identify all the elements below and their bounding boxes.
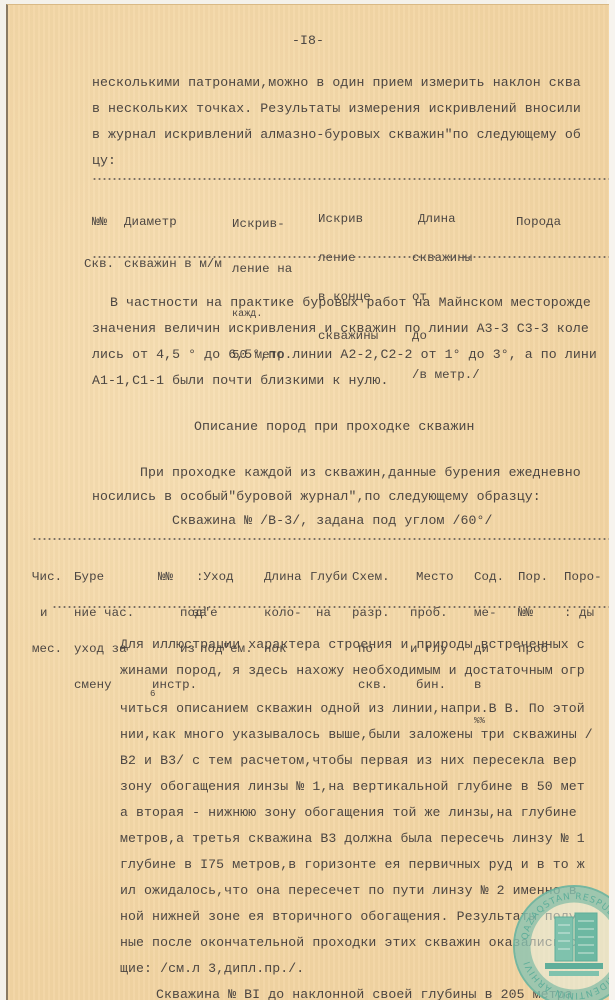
paragraph-line: В частности на практике буровых работ на… <box>110 295 591 310</box>
table1-top-rule <box>92 177 609 181</box>
header-line: Искрив <box>318 213 378 226</box>
table2-col: Чис. и мес. <box>32 547 77 679</box>
paragraph-line: носились в особый"буровой журнал",по сле… <box>92 489 541 504</box>
paragraph-line: В2 и В3/ с тем расчетом,чтобы первая из … <box>120 753 577 768</box>
table1-col-diameter: Диаметр скважин в м/м <box>124 187 222 299</box>
header-line: в <box>474 679 519 691</box>
sample-caption: Скважина № /В-3/, задана под углом /60°/ <box>172 513 493 528</box>
archive-building-icon: QAZAQSTAN RESPUBLIKASY PREZIDENTININ ARH… <box>515 887 609 1000</box>
header-line: Длина <box>418 213 480 226</box>
table2-col: :Уход за под"ем. <box>196 547 253 679</box>
paragraph-line: A1-1,C1-1 были почти близкими к нулю. <box>92 373 389 388</box>
paragraph-line: значения величин искривления и скважин п… <box>92 321 589 336</box>
header-line: Схем. <box>352 571 397 583</box>
table1-bottom-rule <box>92 255 609 259</box>
header-line: скважин в м/м <box>124 257 222 271</box>
header-line: Длина <box>264 571 309 583</box>
table2-col: Место проб. и глу бин. <box>410 547 455 715</box>
header-line: скв. <box>358 679 397 691</box>
table2-col: Длина коло- нок <box>264 547 309 679</box>
intro-line: несколькими патронами,можно в один прием… <box>92 75 581 90</box>
table2-top-rule <box>32 537 609 541</box>
header-line: мес. <box>32 643 77 655</box>
table2-col: Поро- : ды <box>564 547 609 643</box>
table1-col-curvature-50m: Искрив- ление на кажд. 50 метр. <box>232 187 292 393</box>
table2-col: Глуби на <box>310 547 355 643</box>
paragraph-line: зону обогащения линзы № 1,на вертикально… <box>120 779 585 794</box>
header-line: Глуби <box>310 571 355 583</box>
table2-col: Пор. №№ проб <box>518 547 563 679</box>
paragraph-line: метров,а третья скважина В3 должна была … <box>120 831 585 846</box>
intro-line: в нескольких точках. Результаты измерени… <box>92 101 581 116</box>
header-line: /в метр./ <box>412 369 480 382</box>
table2-bottom-rule <box>52 605 609 609</box>
table2-col: Схем. разр. по скв. <box>352 547 397 715</box>
header-line: :Уход <box>196 571 253 583</box>
header-line: ление на <box>232 262 292 277</box>
table2-col: Буре ние час. уход за смену <box>74 547 134 715</box>
archive-stamp: QAZAQSTAN RESPUBLIKASY PREZIDENTININ ARH… <box>513 885 609 1000</box>
header-line: Пор. <box>518 571 563 583</box>
table1-col-curvature-end: Искрив ление в конце скважины <box>318 187 378 369</box>
header-line: Порода <box>516 215 561 229</box>
header-line: Буре <box>74 571 134 583</box>
header-line: Диаметр <box>124 215 222 229</box>
handwritten-annotation: 6 <box>150 689 155 699</box>
table1-col-rock: Порода <box>516 187 561 257</box>
header-line: Чис. <box>32 571 77 583</box>
header-line: бин. <box>416 679 455 691</box>
paragraph-line: глубине в I75 метров,в горизонте ея перв… <box>120 857 585 872</box>
section-title: Описание пород при проходке скважин <box>194 419 474 434</box>
paragraph-line: Скважина № ВI до наклонной своей глубины… <box>156 987 573 1000</box>
paragraph-line: ил ожидалось,что она пересечет по пути л… <box>120 883 577 898</box>
header-line: Поро- <box>564 571 609 583</box>
document-page: -I8- несколькими патронами,можно в один … <box>6 4 609 1000</box>
paragraph-line: щие: /см.л 3,дипл.пр./. <box>120 961 304 976</box>
header-line: Место <box>416 571 455 583</box>
page-number: -I8- <box>292 33 324 48</box>
header-line: инстр. <box>152 679 218 691</box>
paragraph-line: нии,как много указывалось выше,были зало… <box>120 727 593 742</box>
paragraph-line: лись от 4,5 ° до 6,5°,по линии A2-2,C2-2… <box>92 347 597 362</box>
paragraph-line: а вторая - нижнюю зону обогащения той же… <box>120 805 577 820</box>
intro-line: цу: <box>92 153 116 168</box>
paragraph-line: читься описанием скважин одной из линии,… <box>120 701 585 716</box>
paragraph-line: жинами пород, я здесь нахожу необходимым… <box>120 663 585 678</box>
paragraph-line: Для иллюстрации характера строения и при… <box>120 637 585 652</box>
intro-line: в журнал искривлений алмазно-буровых скв… <box>92 127 581 142</box>
header-line: смену <box>74 679 134 691</box>
paragraph-line: При проходке каждой из скважин,данные бу… <box>140 465 581 480</box>
header-line: %% <box>474 715 519 727</box>
header-line: Искрив- <box>232 217 292 232</box>
header-line: Сод. <box>474 571 519 583</box>
